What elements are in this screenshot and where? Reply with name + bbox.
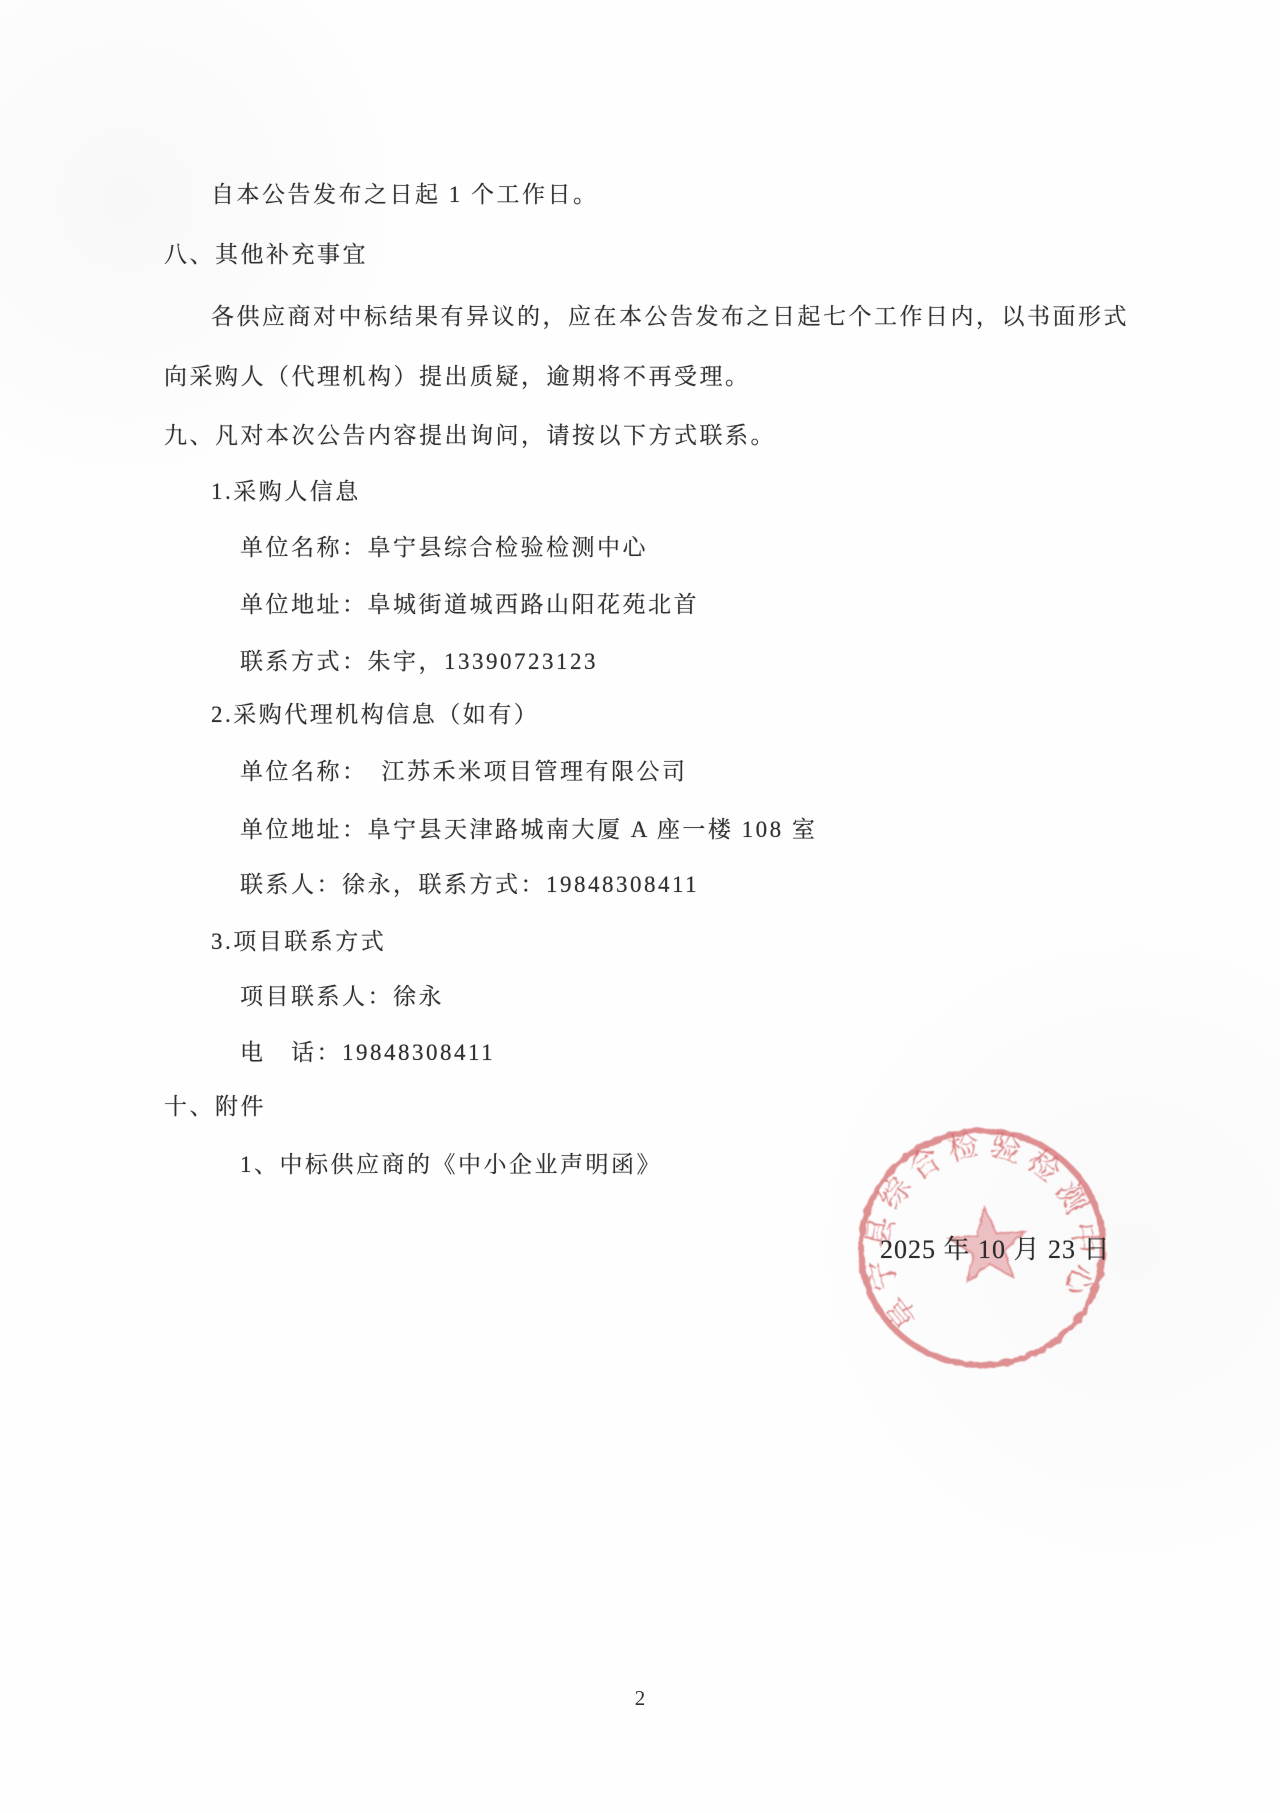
document-page: 自本公告发布之日起 1 个工作日。 八、其他补充事宜 各供应商对中标结果有异议的… (0, 0, 1280, 1813)
line-agency-name: 单位名称： 江苏禾米项目管理有限公司 (240, 758, 688, 786)
line-attachment-item: 1、中标供应商的《中小企业声明函》 (240, 1151, 662, 1179)
item-agency-info-heading: 2.采购代理机构信息（如有） (211, 701, 539, 729)
line-objection-para-1: 各供应商对中标结果有异议的，应在本公告发布之日起七个工作日内，以书面形式 (211, 303, 1129, 331)
line-validity-period: 自本公告发布之日起 1 个工作日。 (211, 181, 599, 209)
section-ten-heading: 十、附件 (164, 1093, 266, 1121)
item-purchaser-info-heading: 1.采购人信息 (211, 478, 361, 506)
line-purchaser-name: 单位名称：阜宁县综合检验检测中心 (240, 534, 648, 562)
line-agency-contact: 联系人：徐永，联系方式：19848308411 (240, 871, 699, 899)
line-project-contact-person: 项目联系人：徐永 (240, 983, 444, 1011)
section-eight-heading: 八、其他补充事宜 (164, 241, 368, 269)
line-project-phone: 电 话：19848308411 (240, 1039, 495, 1067)
line-purchaser-contact: 联系方式：朱宇，13390723123 (240, 648, 598, 676)
line-objection-para-2: 向采购人（代理机构）提出质疑，逾期将不再受理。 (164, 363, 751, 391)
section-nine-heading: 九、凡对本次公告内容提出询问，请按以下方式联系。 (164, 422, 776, 450)
page-number: 2 (600, 1686, 680, 1711)
line-purchaser-address: 单位地址：阜城街道城西路山阳花苑北首 (240, 591, 699, 619)
line-agency-address: 单位地址：阜宁县天津路城南大厦 A 座一楼 108 室 (240, 816, 817, 844)
issue-date: 2025 年 10 月 23 日 (880, 1235, 1111, 1265)
item-project-contact-heading: 3.项目联系方式 (211, 928, 386, 956)
